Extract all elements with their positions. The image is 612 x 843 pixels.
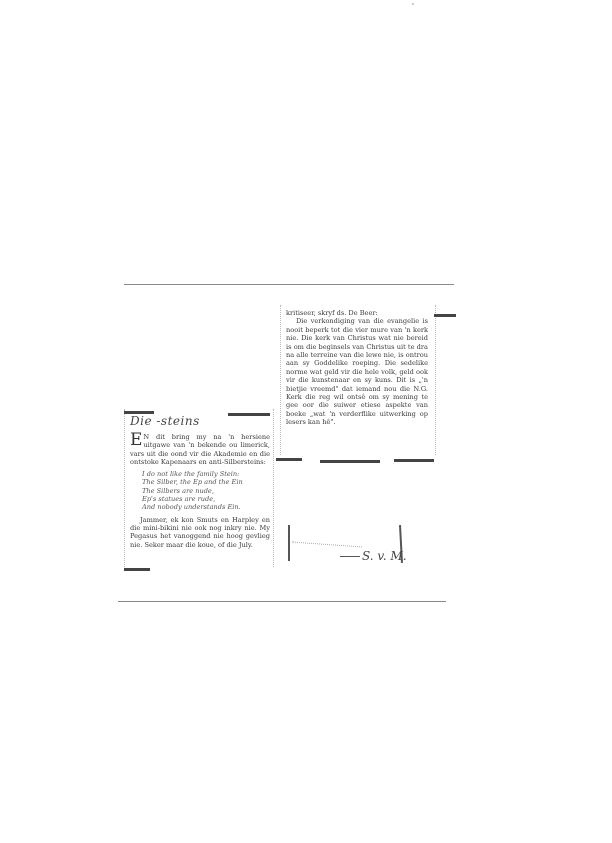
dropcap: E — [130, 433, 142, 448]
verse-line: Ep's statues are rude, — [142, 495, 270, 503]
sig-dash — [340, 556, 360, 557]
bar-left-top-b — [228, 413, 270, 416]
sig-dotted-line — [292, 542, 362, 548]
bar-left-bottom — [124, 568, 150, 571]
left-article-body: E N dit bring my na 'n hersiene uitgawe … — [130, 433, 270, 549]
right-paragraph: kritiseer, skryf ds. De Beer: — [286, 309, 428, 317]
bar-right-top — [434, 314, 456, 317]
left-closing: Jammer, ek kon Smuts en Harpley en die m… — [130, 516, 270, 549]
limerick: I do not like the family Stein: The Silb… — [142, 470, 270, 511]
right-paragraph: Die verkondiging van die evangelie is no… — [286, 317, 428, 426]
bar-right-bottom-a — [276, 458, 302, 461]
verse-line: I do not like the family Stein: — [142, 470, 270, 478]
right-article-body: kritiseer, skryf ds. De Beer: Die verkon… — [286, 309, 428, 427]
verse-line: The Silber, the Ep and the Ein — [142, 478, 270, 486]
bottom-rule — [118, 601, 446, 602]
top-rule — [124, 284, 454, 285]
signature: S. v. M. — [362, 549, 407, 563]
bar-right-bottom-c — [394, 459, 434, 462]
left-intro: N dit bring my na 'n hersiene uitgawe va… — [130, 433, 270, 466]
speck — [412, 3, 414, 5]
left-article-title: Die -steins — [130, 414, 200, 428]
bar-right-bottom-b — [320, 460, 380, 463]
sig-bracket-left — [288, 525, 290, 561]
verse-line: The Silbers are nude, — [142, 487, 270, 495]
verse-line: And nobody understands Ein. — [142, 503, 270, 511]
